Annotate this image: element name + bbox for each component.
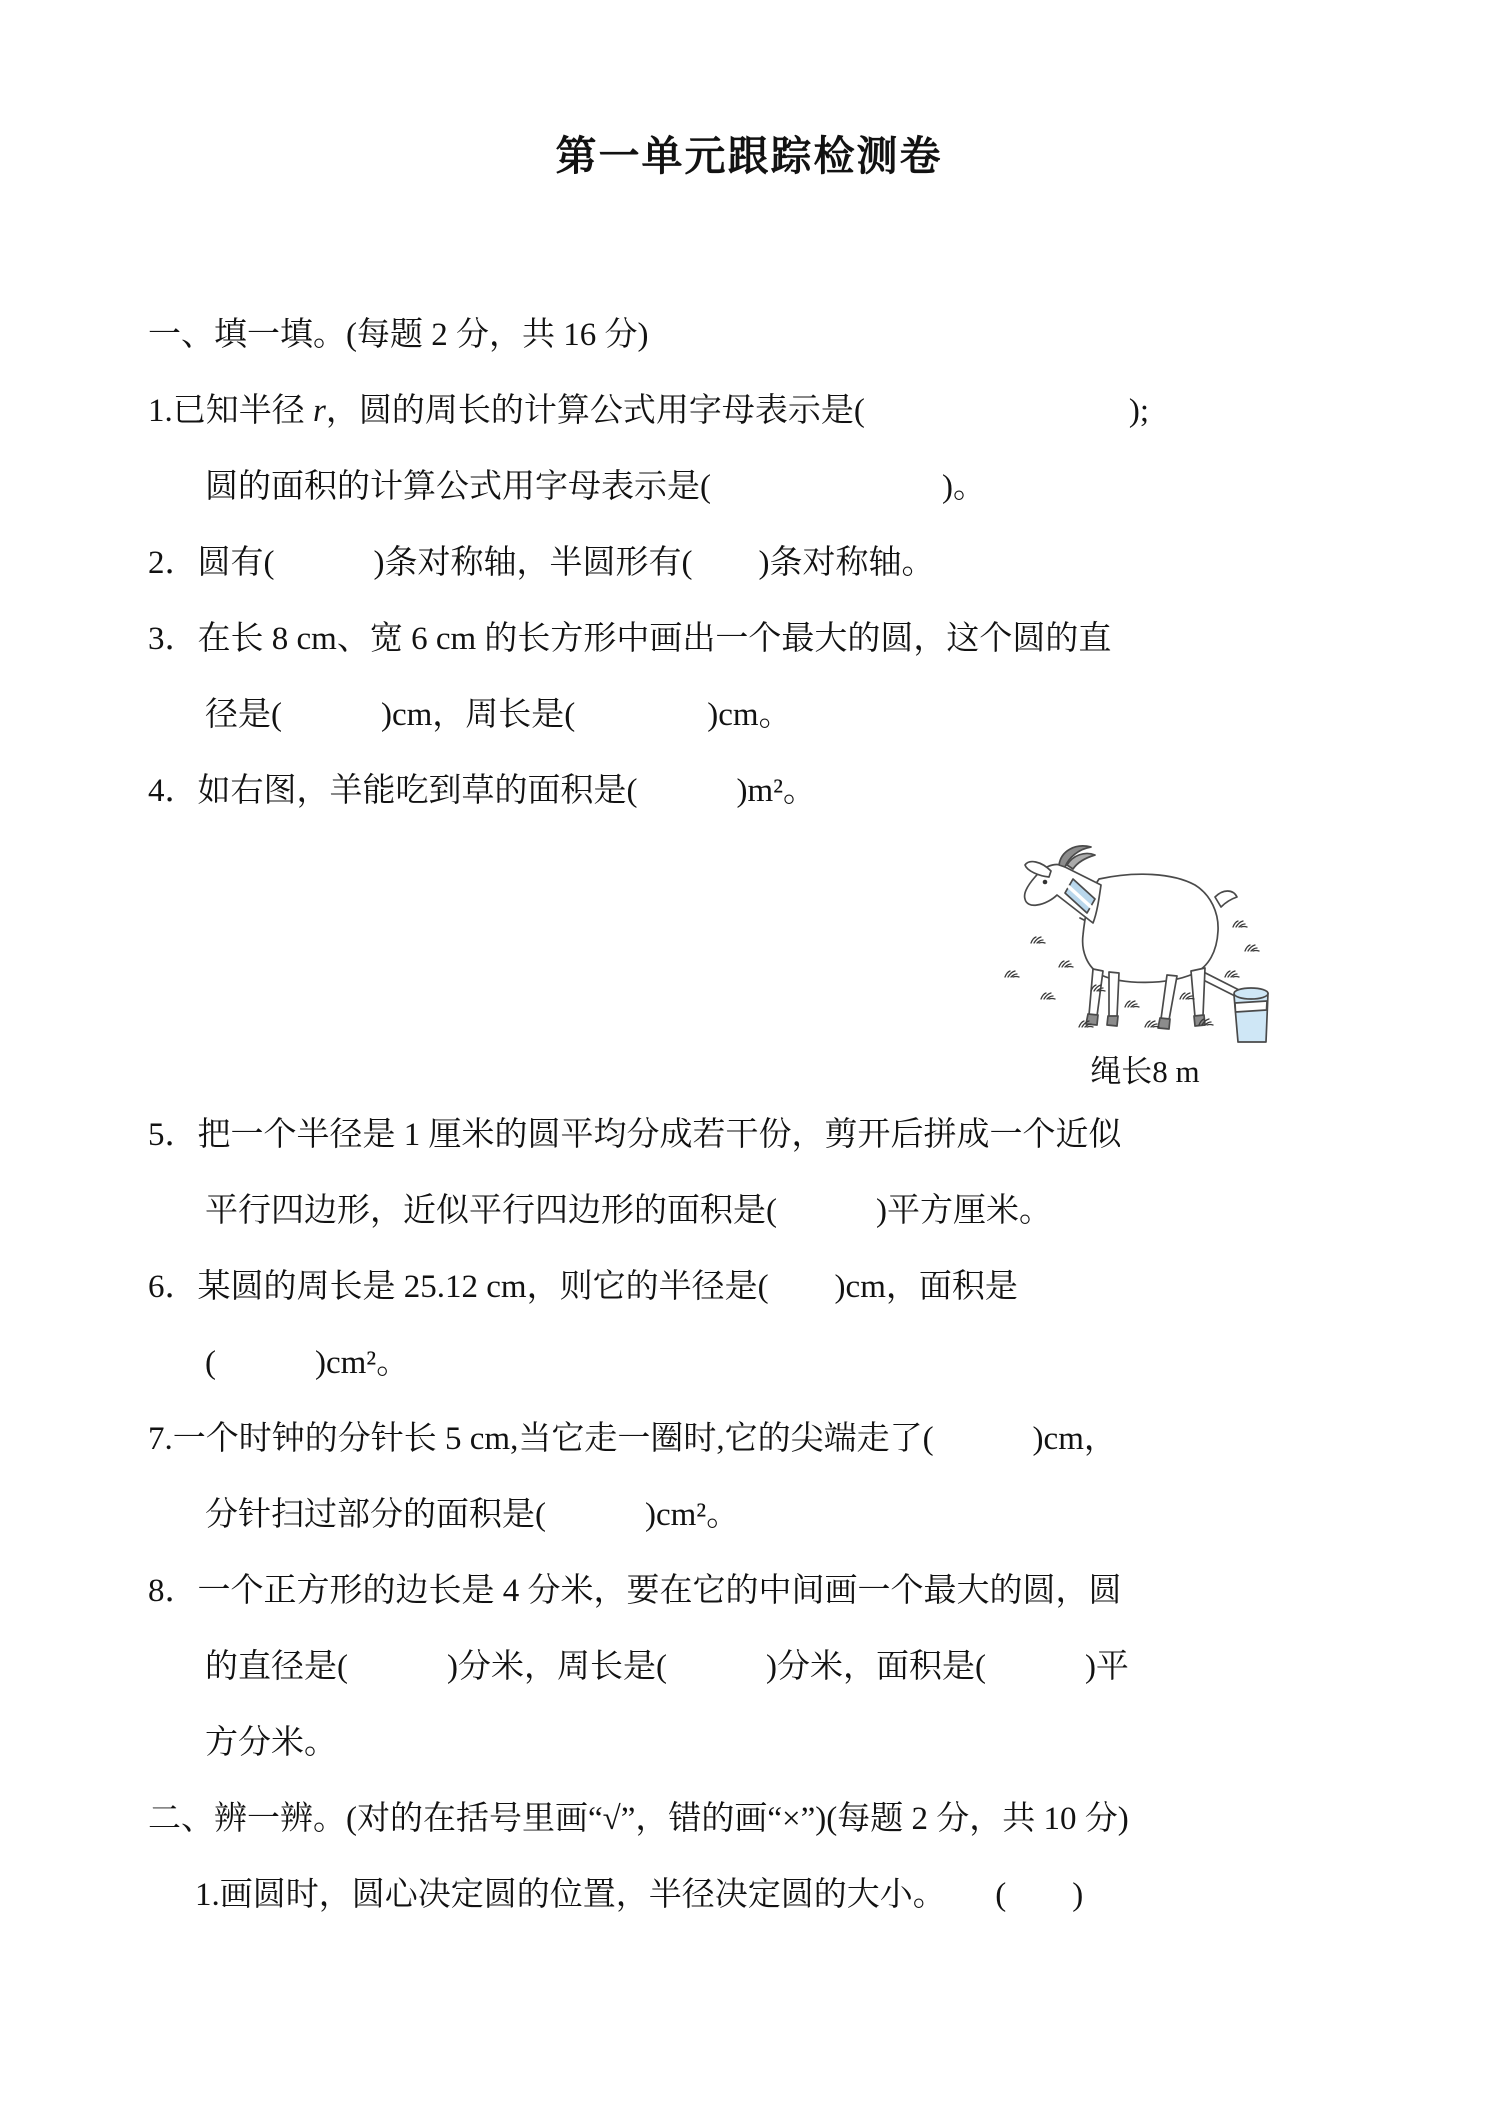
question-4-line-1: 4．如右图，羊能吃到草的面积是( )m²。 — [148, 753, 1350, 829]
question-3-line-2: 径是( )cm，周长是( )cm。 — [148, 677, 1350, 753]
goat-body — [1083, 874, 1237, 1029]
question-2-line-1: 2．圆有( )条对称轴，半圆形有( )条对称轴。 — [148, 525, 1350, 601]
goat-eye — [1043, 880, 1048, 885]
section2-header: 二、辨一辨。(对的在括号里画“√”，错的画“×”)(每题 2 分，共 10 分) — [148, 1781, 1350, 1857]
goat-ear — [1025, 862, 1051, 877]
question-1-text-pre: 1.已知半径 — [148, 393, 313, 429]
document-page: 第一单元跟踪检测卷 一、填一填。(每题 2 分，共 16 分) 1.已知半径 r… — [0, 0, 1500, 2122]
question-6-line-1: 6．某圆的周长是 25.12 cm，则它的半径是( )cm，面积是 — [148, 1249, 1350, 1325]
question-5-line-1: 5．把一个半径是 1 厘米的圆平均分成若干份，剪开后拼成一个近似 — [148, 1097, 1350, 1173]
question-8-line-3: 方分米。 — [148, 1705, 1350, 1781]
question-8-line-2: 的直径是( )分米，周长是( )分米，面积是( )平 — [148, 1629, 1350, 1705]
goat-head — [1025, 846, 1101, 923]
section2-question-1-line-1: 1.画圆时，圆心决定圆的位置，半径决定圆的大小。 ( ) — [148, 1857, 1350, 1933]
page-title: 第一单元跟踪检测卷 — [148, 132, 1350, 180]
goat-illustration — [995, 835, 1295, 1050]
question-1-line-2: 圆的面积的计算公式用字母表示是( )。 — [148, 449, 1350, 525]
question-7-line-1: 7.一个时钟的分针长 5 cm,当它走一圈时,它的尖端走了( )cm， — [148, 1401, 1350, 1477]
question-6-line-2: ( )cm²。 — [148, 1325, 1350, 1401]
question-5-line-2: 平行四边形，近似平行四边形的面积是( )平方厘米。 — [148, 1173, 1350, 1249]
question-1-text-post: ，圆的周长的计算公式用字母表示是( ); — [326, 393, 1149, 429]
question-7-line-2: 分针扫过部分的面积是( )cm²。 — [148, 1477, 1350, 1553]
figure-row: 绳长8 m — [148, 829, 1350, 1097]
stake — [1234, 988, 1268, 1042]
goat-tail — [1215, 891, 1237, 907]
question-8-line-1: 8．一个正方形的边长是 4 分米，要在它的中间画一个最大的圆，圆 — [148, 1553, 1350, 1629]
question-3-line-1: 3．在长 8 cm、宽 6 cm 的长方形中画出一个最大的圆，这个圆的直 — [148, 601, 1350, 677]
section1-header: 一、填一填。(每题 2 分，共 16 分) — [148, 297, 1350, 373]
rope-length-caption: 绳长8 m — [995, 1050, 1295, 1094]
question-1-line-1: 1.已知半径 r，圆的周长的计算公式用字母表示是( ); — [148, 373, 1350, 449]
tethered-goat-figure: 绳长8 m — [995, 835, 1295, 1094]
radius-variable: r — [313, 393, 326, 429]
